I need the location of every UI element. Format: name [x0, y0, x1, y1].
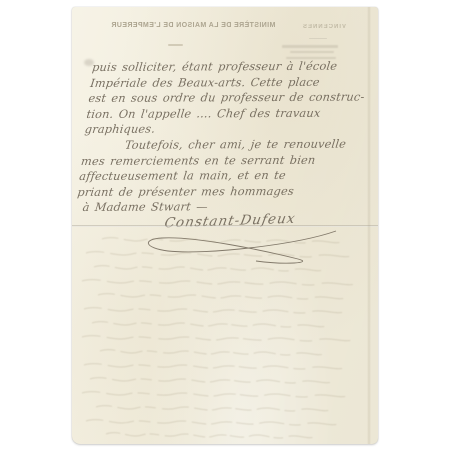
handwritten-line: tion. On l'appelle .... Chef des travaux [86, 105, 373, 122]
handwritten-line: graphiques. [84, 121, 371, 138]
handwritten-line: mes remerciements en te serrant bien [80, 152, 367, 169]
letterhead-ministry-mirrored: MINISTÈRE DE LA MAISON DE L'EMPEREUR [96, 22, 290, 29]
letterhead-place-underline [309, 38, 327, 39]
handwritten-line: affectueusement la main, et en te [78, 168, 365, 185]
handwritten-line: Toutefois, cher ami, je te renouvelle [82, 136, 369, 153]
handwritten-line: est en sous ordre du professeur de const… [88, 90, 375, 107]
handwritten-text-block: puis solliciter, étant professeur à l'éc… [75, 59, 379, 216]
letterhead-ministry-text: MINISTÈRE DE LA MAISON DE L'EMPEREUR [111, 22, 275, 29]
handwritten-line: priant de présenter mes hommages [77, 183, 364, 200]
letterhead-faint-block [282, 45, 338, 48]
bleedthrough-handwriting [72, 231, 378, 444]
handwritten-line: Impériale des Beaux-arts. Cette place [89, 74, 376, 91]
handwritten-line: puis solliciter, étant professeur à l'éc… [91, 59, 378, 76]
letterhead-faint-block [290, 51, 334, 53]
letter-paper-sheet: MINISTÈRE DE LA MAISON DE L'EMPEREUR VIN… [72, 7, 378, 444]
letterhead-place-mirrored: VINCENNES [301, 24, 347, 30]
letterhead-place-text: VINCENNES [302, 24, 346, 30]
scanned-letter-page: { "page": { "background": "#ffffff" }, "… [0, 0, 452, 452]
letterhead-divider-dash [168, 44, 183, 46]
fold-crease [72, 225, 378, 227]
